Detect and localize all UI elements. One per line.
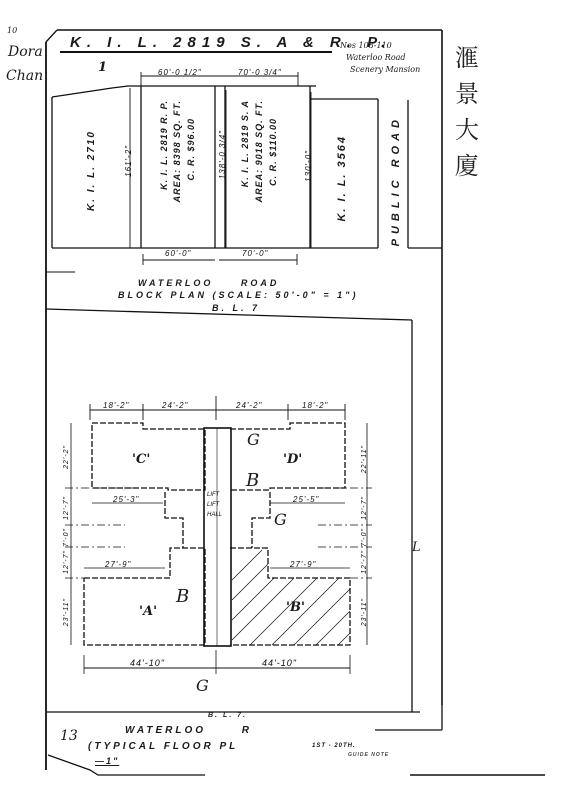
cjk-char-2: 景 (455, 76, 483, 112)
floor-plan-subcaption: B. L. 7. (208, 712, 247, 719)
annotation-g-1: G (247, 430, 260, 449)
left-dim-4: 12'-7" (63, 550, 70, 574)
left-dim-1: 22'-2" (63, 445, 70, 469)
floor-dim-top-1: 18'-2" (103, 401, 129, 410)
lot-kil-2819-sa: K. I. L. 2819 S. A (240, 100, 250, 187)
floor-dim-top-2: 24'-2" (162, 401, 188, 410)
lot-kil-2819-rp: K. I. L. 2819 R. P. (158, 100, 170, 190)
right-dim-5: 23'-11" (361, 598, 368, 626)
author-first-name: Dora (8, 44, 43, 60)
address-line-1: Nos 108-110 (340, 40, 420, 52)
block-plan-subcaption: B. L. 7 (212, 303, 260, 313)
core-label-hall: HALL (207, 512, 222, 518)
address-line-3: Scenery Mansion (340, 64, 420, 76)
floor-plan-caption: (TYPICAL FLOOR PL (88, 741, 238, 752)
flat-c-label: 'C' (132, 452, 150, 467)
author-last-name: Chan (6, 68, 43, 84)
dim-bottom-right: 70'-0" (242, 249, 268, 258)
floor-range-note: 1ST - 20TH. (312, 743, 356, 749)
sheet-mark: 1 (98, 60, 107, 75)
page-number-note: 10 (7, 26, 17, 35)
floor-plan-scale-mark: —1" (95, 756, 119, 766)
left-dim-5: 23'-11" (63, 598, 70, 626)
flat-b-label: 'B' (286, 600, 305, 615)
public-road-label: PUBLIC ROAD (390, 115, 402, 246)
chinese-building-name: 滙 景 大 廈 (455, 40, 483, 184)
left-dim-2: 12'-7" (63, 496, 70, 520)
inner-dim-upper-right: 25'-5" (293, 495, 319, 504)
dim-top-right: 70'-0 3/4" (238, 68, 282, 77)
bottom-dim-right: 44'-10" (262, 658, 297, 668)
floor-dim-top-4: 18'-2" (302, 401, 328, 410)
right-dim-4: 12'-7" (361, 550, 368, 574)
core-label-lift-1: LIFT (207, 492, 219, 498)
right-dim-2: 12'-7" (361, 496, 368, 520)
dim-depth-mid: 138'-0 3/4" (218, 130, 227, 179)
dim-depth-right: 130'-0" (304, 150, 313, 182)
block-plan-caption: BLOCK PLAN (SCALE: 50'-0" = 1") (118, 290, 358, 300)
right-dim-1: 22'-11" (361, 445, 368, 473)
annotation-g-3: G (196, 676, 209, 695)
core-label-lift-2: LIFT (207, 502, 219, 508)
annotation-g-2: G (274, 510, 287, 529)
bottom-dim-left: 44'-10" (130, 658, 165, 668)
cjk-char-4: 廈 (455, 148, 483, 184)
inner-dim-lower-left: 27'-9" (105, 560, 131, 569)
floor-dim-top-3: 24'-2" (236, 401, 262, 410)
address-line-2: Waterloo Road (340, 52, 420, 64)
cjk-char-3: 大 (455, 112, 483, 148)
flat-d-label: 'D' (283, 452, 302, 467)
inner-dim-lower-right: 27'-9" (290, 560, 316, 569)
lot-kil-3564: K. I. L. 3564 (336, 135, 348, 222)
lot-sa-crown-rent: C. R. $110.00 (268, 118, 278, 186)
lot-rp-area: AREA: 8398 SQ. FT. (172, 100, 182, 202)
dim-bottom-left: 60'-0" (165, 249, 191, 258)
floor-plan-road-label: WATERLOO R (125, 725, 252, 736)
lot-sa-area: AREA: 9018 SQ. FT. (254, 100, 264, 202)
stamp-note: GUIDE NOTE (348, 752, 389, 758)
dim-depth-left: 161'-2" (124, 145, 133, 177)
cjk-char-1: 滙 (455, 40, 483, 76)
side-mark-l: L (412, 540, 421, 555)
sheet-number: 13 (60, 728, 78, 744)
lot-kil-2710: K. I. L. 2710 (86, 130, 97, 211)
right-dim-3: 7'-0" (361, 528, 368, 547)
left-dim-3: 7'-0" (63, 528, 70, 547)
dim-top-left: 60'-0 1/2" (158, 68, 202, 77)
lot-rp-crown-rent: C. R. $96.00 (186, 118, 196, 181)
inner-dim-upper-left: 25'-3" (113, 495, 139, 504)
address-block: Nos 108-110 Waterloo Road Scenery Mansio… (340, 40, 420, 76)
block-plan-road-label: WATERLOO ROAD (138, 278, 279, 288)
flat-a-label: 'A' (139, 604, 157, 619)
annotation-b-1: B (246, 470, 259, 491)
annotation-b-2: B (176, 586, 189, 607)
